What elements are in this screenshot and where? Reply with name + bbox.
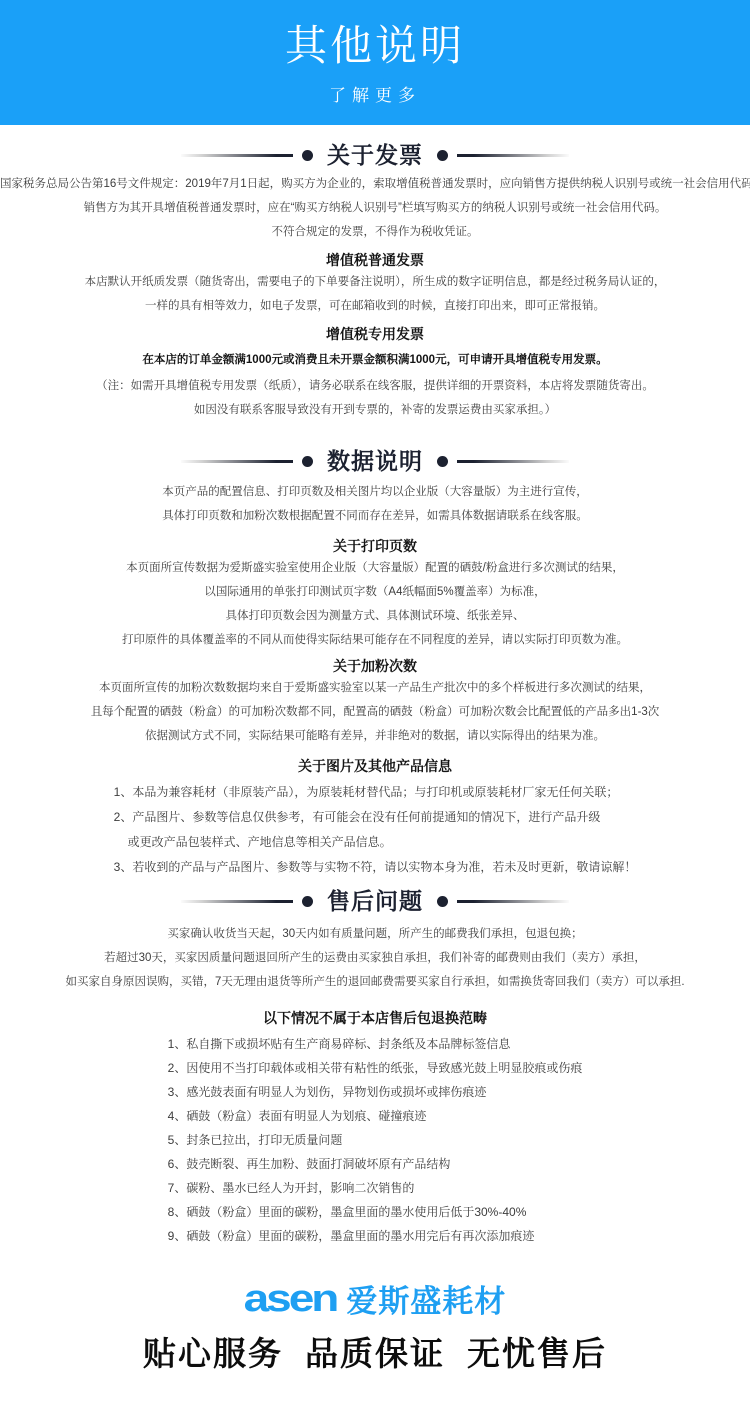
paragraph-line: 且每个配置的硒鼓（粉盒）的可加粉次数都不同，配置高的硒鼓（粉盒）可加粉次数会比配… bbox=[0, 700, 750, 724]
section-heading-data: 数据说明 bbox=[0, 446, 750, 476]
heading-divider-left bbox=[181, 900, 293, 903]
list-item: 1、本品为兼容耗材（非原装产品），为原装耗材替代品；与打印机或原装耗材厂家无任何… bbox=[114, 780, 637, 805]
slogan-part: 贴心服务 bbox=[143, 1328, 283, 1375]
section-heading-after-sales: 售后问题 bbox=[0, 886, 750, 916]
print-pages-text: 本页面所宣传数据为爱斯盛实验室使用企业版（大容量版）配置的硒鼓/粉盒进行多次测试… bbox=[0, 556, 750, 652]
list-item: 3、若收到的产品与产品图片、参数等与实物不符，请以实物本身为准，若未及时更新，敬… bbox=[114, 855, 637, 880]
invoice-intro: 国家税务总局公告第16号文件规定：2019年7月1日起，购买方为企业的，索取增值… bbox=[0, 172, 750, 244]
list-item: 2、产品图片、参数等信息仅供参考，有可能会在没有任何前提通知的情况下，进行产品升… bbox=[114, 805, 637, 830]
paragraph-line: 本页面所宣传数据为爱斯盛实验室使用企业版（大容量版）配置的硒鼓/粉盒进行多次测试… bbox=[0, 556, 750, 580]
paragraph-line: 本页面所宣传的加粉次数数据均来自于爱斯盛实验室以某一产品生产批次中的多个样板进行… bbox=[0, 676, 750, 700]
brand-logo-text: asen bbox=[244, 1283, 337, 1313]
dot-icon bbox=[302, 896, 313, 907]
heading-divider-left bbox=[181, 460, 293, 463]
paragraph-line: 销售方为其开具增值税普通发票时，应在“购买方纳税人识别号”栏填写购买方的纳税人识… bbox=[0, 196, 750, 220]
exclusions-list: 1、私自撕下或损坏贴有生产商易碎标、封条纸及本品牌标签信息 2、因使用不当打印载… bbox=[168, 1032, 583, 1248]
dot-icon bbox=[302, 150, 313, 161]
dot-icon bbox=[437, 456, 448, 467]
paragraph-line: 若超过30天，买家因质量问题退回所产生的运费由买家独自承担，我们补寄的邮费则由我… bbox=[0, 946, 750, 970]
footer: asen 爱斯盛耗材 贴心服务 品质保证 无忧售后 bbox=[0, 1278, 750, 1375]
refill-text: 本页面所宣传的加粉次数数据均来自于爱斯盛实验室以某一产品生产批次中的多个样板进行… bbox=[0, 676, 750, 748]
list-item: 9、硒鼓（粉盒）里面的碳粉，墨盒里面的墨水用完后有再次添加痕迹 bbox=[168, 1224, 583, 1248]
subsection-title-print-pages: 关于打印页数 bbox=[0, 536, 750, 556]
subsection-title-product-info: 关于图片及其他产品信息 bbox=[0, 756, 750, 776]
list-item: 7、碳粉、墨水已经人为开封，影响二次销售的 bbox=[168, 1176, 583, 1200]
list-item: 1、私自撕下或损坏贴有生产商易碎标、封条纸及本品牌标签信息 bbox=[168, 1032, 583, 1056]
list-item: 5、封条已拉出，打印无质量问题 bbox=[168, 1128, 583, 1152]
paragraph-line: 如因没有联系客服导致没有开到专票的，补寄的发票运费由买家承担。） bbox=[0, 398, 750, 422]
dot-icon bbox=[437, 896, 448, 907]
heading-divider-right bbox=[457, 460, 569, 463]
page-title: 其他说明 bbox=[285, 23, 465, 69]
page-header: 其他说明 了解更多 bbox=[0, 0, 750, 125]
section-heading-invoice: 关于发票 bbox=[0, 140, 750, 170]
paragraph-line: 依据测试方式不同，实际结果可能略有差异，并非绝对的数据，请以实际得出的结果为准。 bbox=[0, 724, 750, 748]
list-item: 8、硒鼓（粉盒）里面的碳粉，墨盒里面的墨水使用后低于30%-40% bbox=[168, 1200, 583, 1224]
subsection-title-refill: 关于加粉次数 bbox=[0, 656, 750, 676]
subsection-title-ordinary-invoice: 增值税普通发票 bbox=[0, 250, 750, 270]
paragraph-line: 具体打印页数和加粉次数根据配置不同而存在差异，如需具体数据请联系在线客服。 bbox=[0, 504, 750, 528]
paragraph-line: 本页产品的配置信息、打印页数及相关图片均以企业版（大容量版）为主进行宣传， bbox=[0, 480, 750, 504]
paragraph-line: 买家确认收货当天起，30天内如有质量问题，所产生的邮费我们承担，包退包换； bbox=[0, 922, 750, 946]
slogan-part: 无忧售后 bbox=[467, 1328, 607, 1375]
paragraph-line: 本店默认开纸质发票（随货寄出，需要电子的下单要备注说明），所生成的数字证明信息，… bbox=[0, 270, 750, 294]
section-title: 关于发票 bbox=[327, 140, 423, 170]
ordinary-invoice-text: 本店默认开纸质发票（随货寄出，需要电子的下单要备注说明），所生成的数字证明信息，… bbox=[0, 270, 750, 318]
list-item: 4、硒鼓（粉盒）表面有明显人为划痕、碰撞痕迹 bbox=[168, 1104, 583, 1128]
section-title: 数据说明 bbox=[327, 446, 423, 476]
special-invoice-note: （注：如需开具增值税专用发票（纸质），请务必联系在线客服，提供详细的开票资料，本… bbox=[0, 374, 750, 422]
paragraph-line: 如买家自身原因误购，买错，7天无理由退货等所产生的退回邮费需要买家自行承担，如需… bbox=[0, 970, 750, 994]
section-title: 售后问题 bbox=[327, 886, 423, 916]
heading-divider-right bbox=[457, 900, 569, 903]
list-item: 2、因使用不当打印载体或相关带有粘性的纸张，导致感光鼓上明显胶痕或伤痕 bbox=[168, 1056, 583, 1080]
heading-divider-left bbox=[181, 154, 293, 157]
after-sales-text: 买家确认收货当天起，30天内如有质量问题，所产生的邮费我们承担，包退包换； 若超… bbox=[0, 922, 750, 994]
paragraph-line: 国家税务总局公告第16号文件规定：2019年7月1日起，购买方为企业的，索取增值… bbox=[0, 172, 750, 196]
list-item-continuation: 或更改产品包装样式、产地信息等相关产品信息。 bbox=[114, 830, 637, 855]
special-invoice-bold-line: 在本店的订单金额满1000元或消费且未开票金额积满1000元，可申请开具增值税专… bbox=[0, 348, 750, 372]
paragraph-line: 不符合规定的发票，不得作为税收凭证。 bbox=[0, 220, 750, 244]
list-item: 3、感光鼓表面有明显人为划伤，异物划伤或损坏或摔伤痕迹 bbox=[168, 1080, 583, 1104]
dot-icon bbox=[302, 456, 313, 467]
paragraph-line: 具体打印页数会因为测量方式、具体测试环境、纸张差异、 bbox=[0, 604, 750, 628]
paragraph-line: 以国际通用的单张打印测试页字数（A4纸幅面5%覆盖率）为标准， bbox=[0, 580, 750, 604]
brand-name: 爱斯盛耗材 bbox=[346, 1276, 506, 1321]
product-info-list: 1、本品为兼容耗材（非原装产品），为原装耗材替代品；与打印机或原装耗材厂家无任何… bbox=[114, 780, 637, 880]
subsection-title-special-invoice: 增值税专用发票 bbox=[0, 324, 750, 344]
heading-divider-right bbox=[457, 154, 569, 157]
data-intro: 本页产品的配置信息、打印页数及相关图片均以企业版（大容量版）为主进行宣传， 具体… bbox=[0, 480, 750, 528]
page-subtitle: 了解更多 bbox=[329, 81, 421, 106]
slogan: 贴心服务 品质保证 无忧售后 bbox=[0, 1328, 750, 1375]
subsection-title-exclusions: 以下情况不属于本店售后包退换范畴 bbox=[0, 1008, 750, 1028]
paragraph-line: （注：如需开具增值税专用发票（纸质），请务必联系在线客服，提供详细的开票资料，本… bbox=[0, 374, 750, 398]
slogan-part: 品质保证 bbox=[305, 1328, 445, 1375]
paragraph-line: 打印原件的具体覆盖率的不同从而使得实际结果可能存在不同程度的差异，请以实际打印页… bbox=[0, 628, 750, 652]
dot-icon bbox=[437, 150, 448, 161]
paragraph-line: 一样的具有相等效力，如电子发票，可在邮箱收到的时候，直接打印出来，即可正常报销。 bbox=[0, 294, 750, 318]
brand-logo: asen 爱斯盛耗材 bbox=[0, 1278, 750, 1318]
list-item: 6、鼓壳断裂、再生加粉、鼓面打洞破坏原有产品结构 bbox=[168, 1152, 583, 1176]
